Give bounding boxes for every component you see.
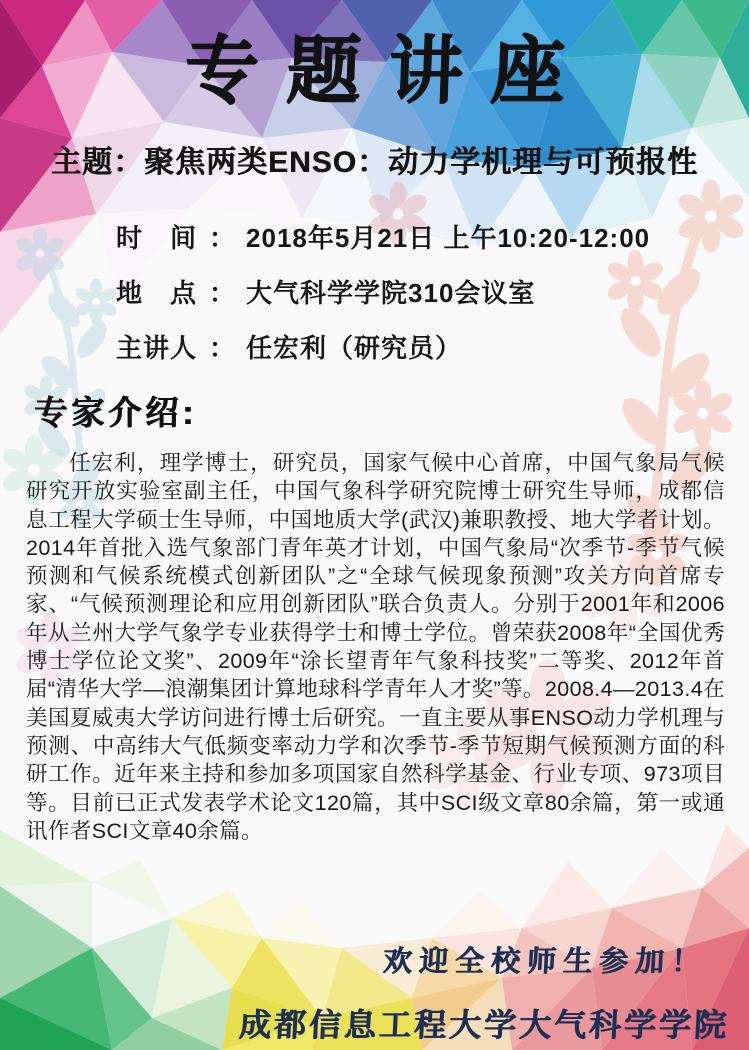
- speaker-value: 任宏利（研究员）: [246, 333, 462, 363]
- location-label: 地 点: [116, 276, 197, 310]
- time-value: 2018年5月21日 上午10:20-12:00: [246, 223, 650, 253]
- time-label: 时 间: [116, 221, 197, 255]
- poster-title: 专题讲座: [0, 30, 749, 111]
- section-heading: 专家介绍:: [34, 393, 749, 433]
- info-row-time: 时 间：2018年5月21日 上午10:20-12:00: [116, 221, 749, 255]
- welcome-line: 欢迎全校师生参加！: [0, 939, 708, 980]
- bio-paragraph: 任宏利，理学博士，研究员，国家气候中心首席，中国气象局气候研究开放实验室副主任，…: [26, 449, 725, 845]
- topic-line: 主题：聚焦两类ENSO：动力学机理与可预报性: [0, 137, 749, 181]
- location-colon: ：: [209, 276, 236, 310]
- info-row-location: 地 点：大气科学学院310会议室: [116, 276, 749, 310]
- info-row-speaker: 主讲人：任宏利（研究员）: [116, 331, 749, 365]
- speaker-label: 主讲人: [116, 331, 197, 365]
- location-value: 大气科学学院310会议室: [246, 278, 535, 308]
- speaker-colon: ：: [209, 331, 236, 365]
- info-list: 时 间：2018年5月21日 上午10:20-12:00 地 点：大气科学学院3…: [116, 221, 749, 365]
- lecture-poster: 专题讲座 主题：聚焦两类ENSO：动力学机理与可预报性 时 间：2018年5月2…: [0, 0, 749, 1050]
- time-colon: ：: [209, 221, 236, 255]
- organizer-line: 成都信息工程大学大气科学学院: [0, 1000, 730, 1046]
